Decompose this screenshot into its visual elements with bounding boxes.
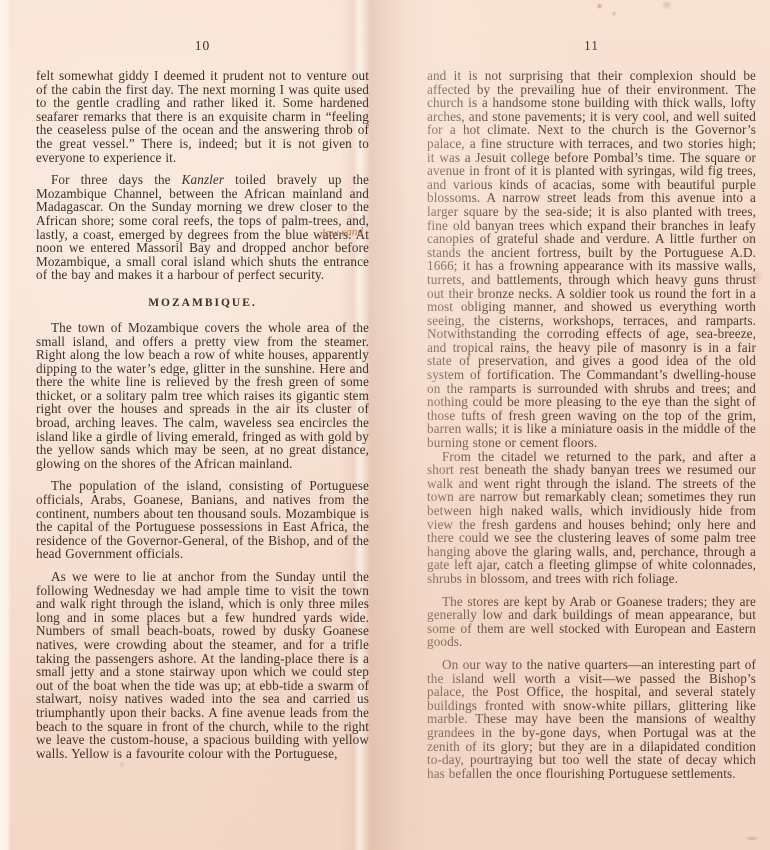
foxing-spot bbox=[744, 836, 760, 841]
foxing-spot bbox=[596, 3, 603, 9]
foxing-spot bbox=[660, 1, 674, 9]
paragraph: For three days the Kanzler toiled bravel… bbox=[36, 173, 369, 282]
paragraph-text: toiled bravely up the Mozambique Channel… bbox=[36, 172, 369, 282]
section-heading: MOZAMBIQUE. bbox=[36, 297, 369, 309]
paragraph: The population of the island, consisting… bbox=[36, 479, 369, 561]
left-page: 10 felt somewhat giddy I deemed it prude… bbox=[36, 38, 369, 760]
paragraph: As we were to lie at anchor from the Sun… bbox=[36, 570, 369, 760]
page-edge-strip bbox=[0, 0, 11, 850]
paragraph: On our way to the native quarters—an int… bbox=[427, 658, 756, 780]
foxing-spot bbox=[611, 11, 617, 16]
paragraph: The stores are kept by Arab or Goanese t… bbox=[427, 595, 756, 649]
paragraph: The town of Mozambique covers the whole … bbox=[36, 321, 369, 471]
page-number-left: 10 bbox=[36, 38, 369, 54]
right-page: 11 and it is not surprising that their c… bbox=[427, 38, 756, 780]
foxing-spot bbox=[118, 761, 126, 768]
book-spread: 10 felt somewhat giddy I deemed it prude… bbox=[0, 0, 770, 850]
paragraph: and it is not surprising that their comp… bbox=[427, 69, 756, 450]
paragraph: felt somewhat giddy I deemed it prudent … bbox=[36, 69, 369, 164]
paragraph: From the citadel we returned to the park… bbox=[427, 450, 756, 586]
page-number-right: 11 bbox=[427, 38, 756, 54]
